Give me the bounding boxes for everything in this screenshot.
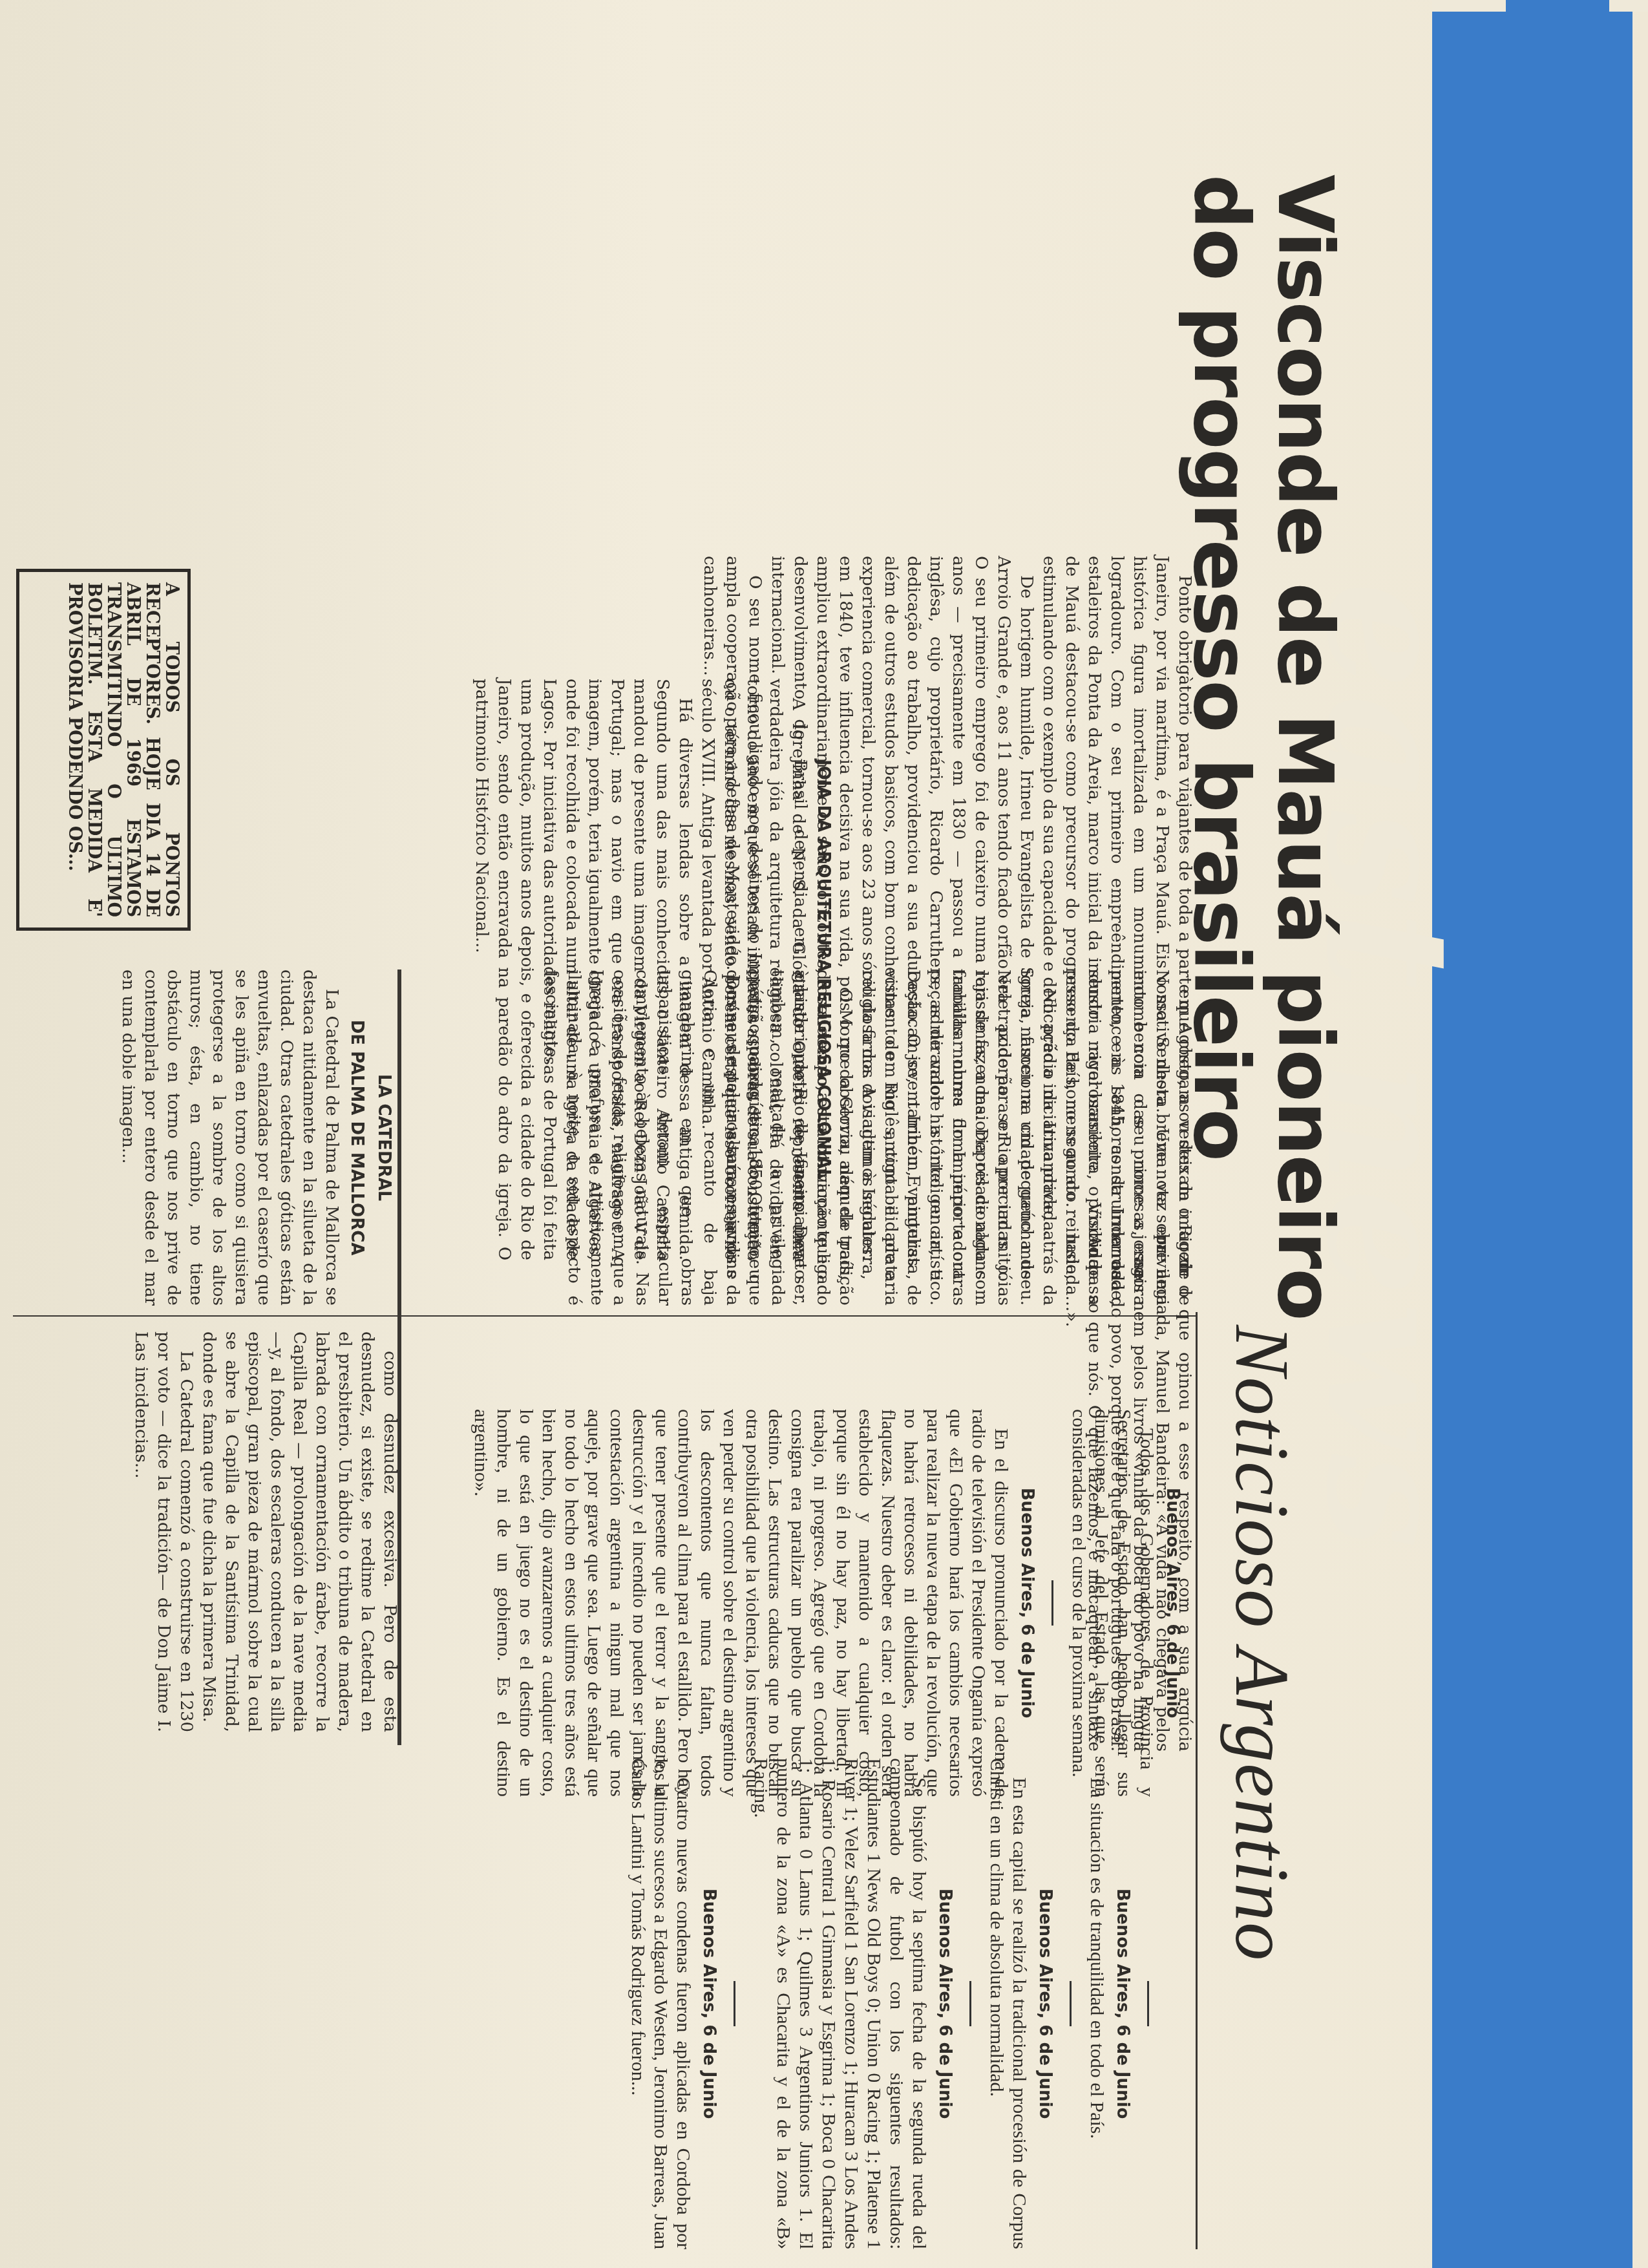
row-divider xyxy=(13,1315,1196,1317)
news-dateline: Buenos Aires, 6 de Junio xyxy=(1017,1409,1037,1797)
news-text: Todos los Gobernadores de Provincia y Se… xyxy=(1068,1409,1158,1797)
news-dateline: Buenos Aires, 6 de Junio xyxy=(699,1758,719,2249)
news-text: La situación es de tranquilidad en todo … xyxy=(1086,1758,1108,2249)
news-dateline: Buenos Aires, 6 de Junio xyxy=(1162,1409,1183,1797)
catedral-heading-2: DE PALMA DE MALLORCA xyxy=(346,970,367,1306)
section-title: Noticioso Argentino xyxy=(1218,1325,1305,1962)
news-column-2: Buenos Aires, 6 de Junio La situación es… xyxy=(627,1758,1163,2249)
notice-box: A TODOS OS PONTOS RECEPTORES. HOJE DIA 1… xyxy=(16,569,191,931)
news-text: En esta capital se realizó la tradiciona… xyxy=(986,1758,1031,2249)
headline-line-1: Visconde de Mauá pioneiro xyxy=(1267,175,1344,1320)
paragraph: em Agosto, as vestes da imagem de Nossa … xyxy=(1060,970,1196,1306)
news-text: Cuatro nuevas condenas fueron aplicadas … xyxy=(627,1758,695,2249)
paragraph: O Morro da Gloria, além da tradição de s… xyxy=(540,970,856,1306)
news-dateline: Buenos Aires, 6 de Junio xyxy=(1035,1758,1055,2249)
news-text: En el discurso pronunciado por la cadena… xyxy=(470,1409,1013,1797)
paragraph: La Catedral de Palma de Mallorca se dest… xyxy=(116,970,343,1306)
paragraph: No prédio da Irmandade, atrás da igreja,… xyxy=(856,970,1060,1306)
separator xyxy=(734,1981,735,2026)
column-divider xyxy=(1196,1312,1198,2249)
catedral-article: LA CATEDRAL DE PALMA DE MALLORCA La Cate… xyxy=(116,970,401,1306)
catedral-article-cont: como desnudez excesiva. Pero de esta des… xyxy=(129,1331,401,1732)
paragraph: como desnudez excesiva. Pero de esta des… xyxy=(197,1331,401,1732)
news-dateline: Buenos Aires, 6 de Junio xyxy=(935,1758,955,2249)
separator xyxy=(1147,1981,1149,2026)
news-text: Se bispútó hoy la septima fecha de la se… xyxy=(750,1758,931,2249)
catedral-heading-1: LA CATEDRAL xyxy=(374,970,394,1306)
paragraph: La Catedral comenzó a construirse en 123… xyxy=(129,1331,197,1732)
separator xyxy=(969,1981,971,2026)
separator xyxy=(1070,1981,1072,2026)
gloria-article-cont: em Agosto, as vestes da imagem de Nossa … xyxy=(540,970,1196,1306)
separator xyxy=(1051,1580,1053,1626)
notice-text: A TODOS OS PONTOS RECEPTORES. HOJE DIA 1… xyxy=(65,582,182,917)
news-column-1: Buenos Aires, 6 de Junio Todos los Gober… xyxy=(470,1409,1189,1797)
news-dateline: Buenos Aires, 6 de Junio xyxy=(1112,1758,1133,2249)
